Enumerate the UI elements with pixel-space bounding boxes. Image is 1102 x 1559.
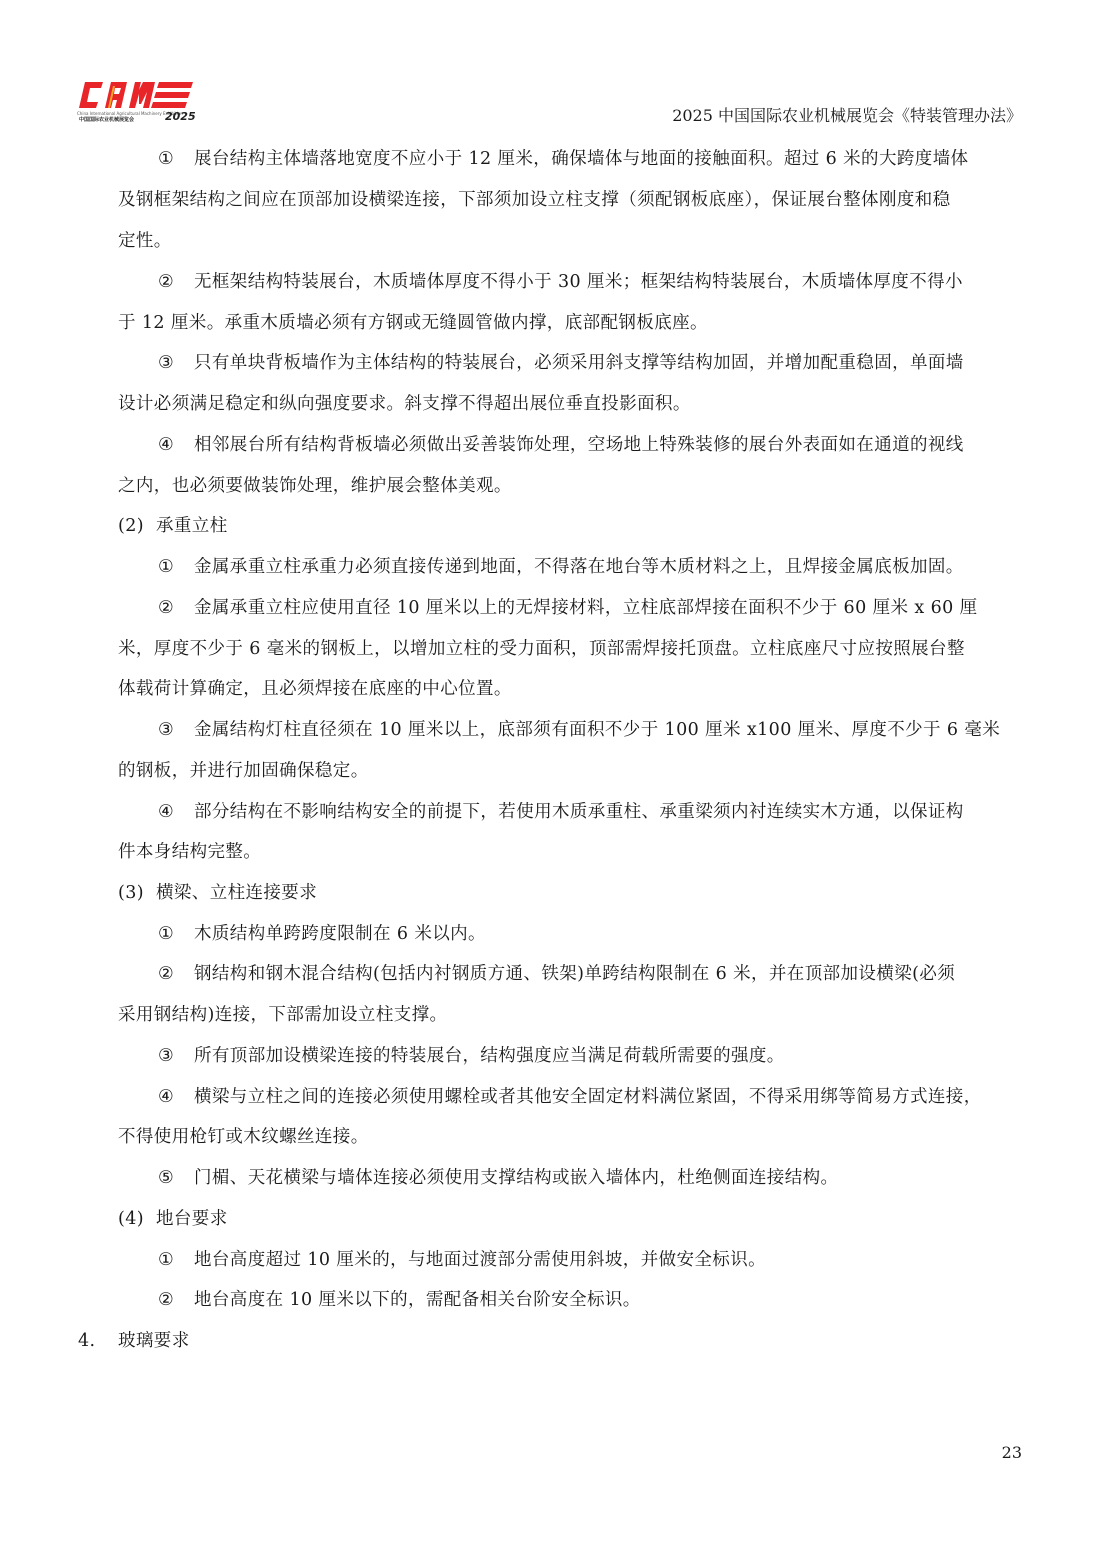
line-text: 设计必须满足稳定和纵向强度要求。斜支撑不得超出展位垂直投影面积。 — [118, 394, 691, 414]
line-text: 展台结构主体墙落地宽度不应小于 12 厘米，确保墙体与地面的接触面积。超过 6 … — [194, 149, 968, 169]
paragraph-line: 件本身结构完整。 — [118, 840, 261, 864]
line-text: 木质结构单跨跨度限制在 6 米以内。 — [194, 924, 486, 944]
paragraph-line: ②地台高度在 10 厘米以下的，需配备相关台阶安全标识。 — [158, 1288, 641, 1312]
line-text: 地台高度超过 10 厘米的，与地面过渡部分需使用斜坡，并做安全标识。 — [194, 1250, 766, 1270]
paragraph-line: ①地台高度超过 10 厘米的，与地面过渡部分需使用斜坡，并做安全标识。 — [158, 1248, 766, 1272]
line-text: 金属承重立柱应使用直径 10 厘米以上的无焊接材料，立柱底部焊接在面积不少于 6… — [194, 598, 978, 618]
list-marker: ④ — [158, 800, 194, 824]
line-text: 无框架结构特装展台，木质墙体厚度不得小于 30 厘米；框架结构特装展台，木质墙体… — [194, 272, 963, 292]
section-marker: (3) — [118, 881, 156, 905]
paragraph-line: 体载荷计算确定，且必须焊接在底座的中心位置。 — [118, 677, 512, 701]
list-marker: ① — [158, 555, 194, 579]
paragraph-line: ②金属承重立柱应使用直径 10 厘米以上的无焊接材料，立柱底部焊接在面积不少于 … — [158, 596, 978, 620]
page-number: 23 — [1002, 1442, 1022, 1464]
paragraph-line: ③金属结构灯柱直径须在 10 厘米以上，底部须有面积不少于 100 厘米 x10… — [158, 718, 1000, 742]
line-text: 于 12 厘米。承重木质墙必须有方钢或无缝圆管做内撑，底部配钢板底座。 — [118, 313, 708, 333]
list-marker: ⑤ — [158, 1166, 194, 1190]
line-text: 金属承重立柱承重力必须直接传递到地面，不得落在地台等木质材料之上，且焊接金属底板… — [194, 557, 964, 577]
section-title: 横梁、立柱连接要求 — [156, 883, 317, 903]
paragraph-line: ①金属承重立柱承重力必须直接传递到地面，不得落在地台等木质材料之上，且焊接金属底… — [158, 555, 964, 579]
list-marker: ① — [158, 922, 194, 946]
line-text: 米，厚度不少于 6 毫米的钢板上，以增加立柱的受力面积，顶部需焊接托顶盘。立柱底… — [118, 639, 965, 659]
line-text: 相邻展台所有结构背板墙必须做出妥善装饰处理，空场地上特殊装修的展台外表面如在通道… — [194, 435, 964, 455]
list-marker: ④ — [158, 1085, 194, 1109]
line-text: 的钢板，并进行加固确保稳定。 — [118, 761, 369, 781]
document-page: China International Agricultural Machine… — [0, 0, 1102, 1559]
line-text: 部分结构在不影响结构安全的前提下，若使用木质承重柱、承重梁须内衬连续实木方通，以… — [194, 802, 964, 822]
list-marker: ② — [158, 596, 194, 620]
paragraph-line: 及钢框架结构之间应在顶部加设横梁连接，下部须加设立柱支撑（须配钢板底座），保证展… — [118, 188, 951, 212]
paragraph-line: ①展台结构主体墙落地宽度不应小于 12 厘米，确保墙体与地面的接触面积。超过 6… — [158, 147, 968, 171]
list-marker: ③ — [158, 718, 194, 742]
paragraph-line: ④部分结构在不影响结构安全的前提下，若使用木质承重柱、承重梁须内衬连续实木方通，… — [158, 800, 964, 824]
line-text: 金属结构灯柱直径须在 10 厘米以上，底部须有面积不少于 100 厘米 x100… — [194, 720, 1000, 740]
line-text: 之内，也必须要做装饰处理，维护展会整体美观。 — [118, 476, 512, 496]
line-text: 门楣、天花横梁与墙体连接必须使用支撑结构或嵌入墙体内，杜绝侧面连接结构。 — [194, 1168, 838, 1188]
paragraph-line: ①木质结构单跨跨度限制在 6 米以内。 — [158, 922, 486, 946]
paragraph-line: 之内，也必须要做装饰处理，维护展会整体美观。 — [118, 474, 512, 498]
line-text: 横梁与立柱之间的连接必须使用螺栓或者其他安全固定材料满位紧固，不得采用绑等简易方… — [194, 1087, 982, 1107]
line-text: 地台高度在 10 厘米以下的，需配备相关台阶安全标识。 — [194, 1290, 641, 1310]
paragraph-line: 米，厚度不少于 6 毫米的钢板上，以增加立柱的受力面积，顶部需焊接托顶盘。立柱底… — [118, 637, 965, 661]
chapter-heading: 4.玻璃要求 — [78, 1329, 190, 1353]
line-text: 钢结构和钢木混合结构(包括内衬钢质方通、铁架)单跨结构限制在 6 米，并在顶部加… — [194, 964, 955, 984]
list-marker: ① — [158, 1248, 194, 1272]
section-heading: (3)横梁、立柱连接要求 — [118, 881, 317, 905]
came-logo: China International Agricultural Machine… — [77, 80, 197, 124]
document-header-title: 2025 中国国际农业机械展览会《特装管理办法》 — [672, 104, 1022, 128]
came-logo-mark-icon — [77, 80, 195, 110]
paragraph-line: ③所有顶部加设横梁连接的特装展台，结构强度应当满足荷载所需要的强度。 — [158, 1044, 785, 1068]
list-marker: ② — [158, 1288, 194, 1312]
chapter-title: 玻璃要求 — [118, 1331, 190, 1351]
paragraph-line: 不得使用枪钉或木纹螺丝连接。 — [118, 1125, 369, 1149]
paragraph-line: 采用钢结构)连接，下部需加设立柱支撑。 — [118, 1003, 447, 1027]
paragraph-line: ⑤门楣、天花横梁与墙体连接必须使用支撑结构或嵌入墙体内，杜绝侧面连接结构。 — [158, 1166, 838, 1190]
list-marker: ① — [158, 147, 194, 171]
section-heading: (2)承重立柱 — [118, 514, 228, 538]
line-text: 采用钢结构)连接，下部需加设立柱支撑。 — [118, 1005, 447, 1025]
list-marker: ③ — [158, 1044, 194, 1068]
section-title: 地台要求 — [156, 1209, 228, 1229]
logo-year: 2025 — [165, 110, 196, 123]
paragraph-line: ②钢结构和钢木混合结构(包括内衬钢质方通、铁架)单跨结构限制在 6 米，并在顶部… — [158, 962, 955, 986]
paragraph-line: ②无框架结构特装展台，木质墙体厚度不得小于 30 厘米；框架结构特装展台，木质墙… — [158, 270, 963, 294]
paragraph-line: 设计必须满足稳定和纵向强度要求。斜支撑不得超出展位垂直投影面积。 — [118, 392, 691, 416]
line-text: 定性。 — [118, 231, 172, 251]
list-marker: ④ — [158, 433, 194, 457]
paragraph-line: 于 12 厘米。承重木质墙必须有方钢或无缝圆管做内撑，底部配钢板底座。 — [118, 311, 708, 335]
section-marker: (4) — [118, 1207, 156, 1231]
line-text: 只有单块背板墙作为主体结构的特装展台，必须采用斜支撑等结构加固，并增加配重稳固，… — [194, 353, 964, 373]
line-text: 及钢框架结构之间应在顶部加设横梁连接，下部须加设立柱支撑（须配钢板底座），保证展… — [118, 190, 951, 210]
line-text: 体载荷计算确定，且必须焊接在底座的中心位置。 — [118, 679, 512, 699]
paragraph-line: 定性。 — [118, 229, 172, 253]
list-marker: ② — [158, 962, 194, 986]
paragraph-line: ④相邻展台所有结构背板墙必须做出妥善装饰处理，空场地上特殊装修的展台外表面如在通… — [158, 433, 964, 457]
list-marker: ③ — [158, 351, 194, 375]
line-text: 件本身结构完整。 — [118, 842, 261, 862]
section-heading: (4)地台要求 — [118, 1207, 228, 1231]
paragraph-line: ④横梁与立柱之间的连接必须使用螺栓或者其他安全固定材料满位紧固，不得采用绑等简易… — [158, 1085, 982, 1109]
logo-subtitle-cn: 中国国际农业机械展览会 — [79, 116, 134, 123]
paragraph-line: ③只有单块背板墙作为主体结构的特装展台，必须采用斜支撑等结构加固，并增加配重稳固… — [158, 351, 964, 375]
chapter-marker: 4. — [78, 1329, 118, 1353]
line-text: 所有顶部加设横梁连接的特装展台，结构强度应当满足荷载所需要的强度。 — [194, 1046, 785, 1066]
line-text: 不得使用枪钉或木纹螺丝连接。 — [118, 1127, 369, 1147]
section-title: 承重立柱 — [156, 516, 228, 536]
paragraph-line: 的钢板，并进行加固确保稳定。 — [118, 759, 369, 783]
section-marker: (2) — [118, 514, 156, 538]
list-marker: ② — [158, 270, 194, 294]
